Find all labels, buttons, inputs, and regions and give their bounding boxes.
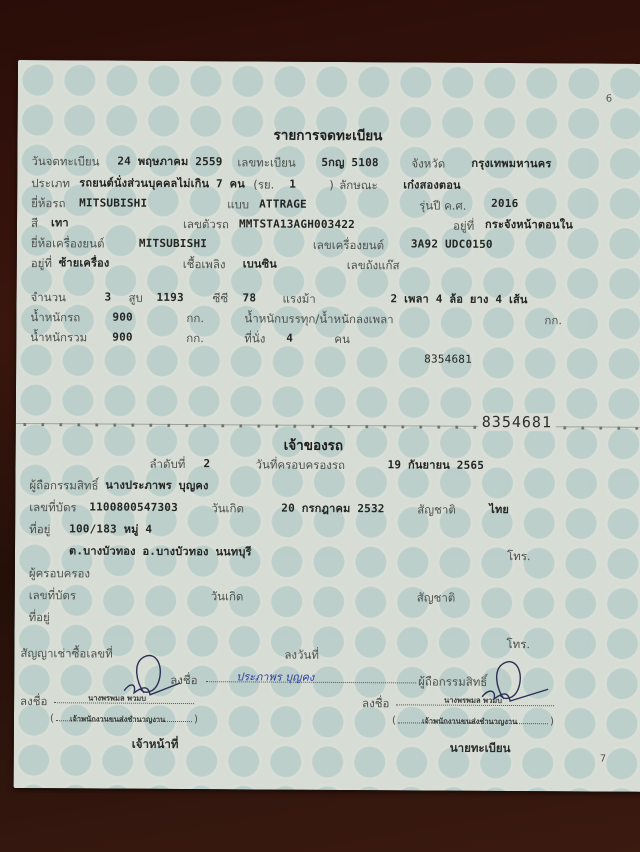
page-title: รายการจดทะเบียน	[273, 124, 382, 147]
weight-value: 900	[112, 311, 133, 325]
style-label: ลักษณะ	[339, 178, 378, 192]
year-label: รุ่นปี ค.ศ.	[419, 198, 466, 212]
owner-dob-value: 20 กรกฎาคม 2532	[281, 502, 384, 517]
brand-value: MITSUBISHI	[79, 196, 147, 210]
registrar-position-open: (	[392, 714, 396, 728]
plate-value: 5กญ 5108	[321, 156, 378, 170]
plate-label: เลขทะเบียน	[237, 155, 296, 169]
load-unit: กก.	[544, 313, 562, 327]
color-label: สี	[31, 216, 38, 230]
registrar-name: นางพรพมล พวมบ	[444, 695, 502, 707]
order-value: 2	[203, 457, 210, 471]
type-value: รถยนต์นั่งส่วนบุคคลไม่เกิน 7 คน	[79, 176, 245, 191]
registration-page: 6 รายการจดทะเบียน วันจดทะเบียน 24 พฤษภาค…	[14, 60, 640, 792]
engine-no-value: 3A92 UDC0150	[411, 237, 493, 251]
possession-date-label: วันที่ครอบครองรถ	[255, 457, 345, 472]
page-number-top: 6	[606, 94, 612, 105]
chassis-location-label: อยู่ที่	[453, 219, 474, 233]
serial-number-small: 8354681	[424, 352, 472, 366]
weight-label: น้ำหนักรถ	[30, 310, 80, 324]
cc-label: ซีซี	[213, 291, 229, 305]
fuel-label: เชื้อเพลิง	[183, 257, 226, 271]
officer-role: เจ้าหน้าที่	[132, 737, 179, 751]
engine-brand-label: ยี่ห้อเครื่องยนต์	[31, 236, 105, 250]
officer-sign-label: ลงชื่อ	[20, 694, 47, 708]
hp-value: 78	[243, 291, 257, 305]
reg-date-label: วันจดทะเบียน	[31, 154, 99, 168]
officer-position: เจ้าพนักงานขนส่งชำนาญงาน	[70, 713, 165, 726]
owner-dob-label: วันเกิด	[211, 501, 244, 515]
owner-nationality-label: สัญชาติ	[417, 502, 456, 516]
cc-value: 1193	[157, 291, 184, 305]
seats-value: 4	[286, 332, 293, 346]
fuel-value: เบนซิน	[243, 257, 277, 271]
possessor-address-label: ที่อยู่	[29, 610, 50, 624]
officer-name: นางพรพมล พวมบ	[88, 692, 146, 704]
owner-nationality-value: ไทย	[489, 503, 509, 517]
cyl-count-label: จำนวน	[31, 290, 66, 304]
chassis-location-value: กระจังหน้าตอนใน	[485, 218, 573, 233]
possessor-nationality-label: สัญชาติ	[417, 590, 456, 604]
registrar-position-close: )	[550, 715, 554, 729]
seats-label: ที่นั่ง	[244, 331, 265, 345]
page-number-bottom: 7	[600, 754, 606, 765]
sign-date-label: ลงวันที่	[284, 648, 319, 662]
engine-no-label: เลขเครื่องยนต์	[313, 238, 384, 252]
ry-value: 1	[289, 178, 296, 192]
possession-date-value: 19 กันยายน 2565	[387, 458, 484, 473]
load-label: น้ำหนักบรรทุก/น้ำหนักลงเพลา	[244, 311, 393, 326]
gas-tank-label: เลขถังแก๊ส	[347, 258, 400, 272]
holder-label: ผู้ถือกรรมสิทธิ์	[29, 478, 98, 492]
serial-number-large: 8354681	[478, 413, 556, 431]
possessor-label: ผู้ครอบครอง	[29, 566, 90, 580]
style-value: เก๋งสองตอน	[403, 178, 461, 192]
ry-label: (รย.	[253, 177, 274, 191]
model-label: แบบ	[227, 197, 249, 211]
registrar-role: นายทะเบียน	[450, 741, 511, 755]
seats-unit: คน	[334, 332, 350, 346]
owner-id-label: เลขที่บัตร	[29, 500, 76, 514]
holder-handwritten-signature: ประภาพร บุญคง	[236, 667, 314, 685]
province-label: จังหวัด	[411, 156, 445, 170]
type-label: ประเภท	[31, 176, 70, 190]
ry-close: )	[329, 178, 334, 192]
cyl-count-value: 3	[105, 291, 112, 305]
weight-unit: กก.	[186, 311, 204, 325]
officer-position-open: (	[50, 712, 54, 726]
owner-section-title: เจ้าของรถ	[284, 434, 344, 456]
holder-value: นางประภาพร บุญคง	[105, 479, 208, 494]
cyl-label: สูบ	[129, 291, 143, 305]
registrar-sign-label: ลงชื่อ	[362, 696, 389, 710]
chassis-value: MMTSTA13AGH003422	[239, 217, 355, 232]
brand-label: ยี่ห้อรถ	[31, 196, 65, 210]
chassis-label: เลขตัวรถ	[183, 217, 229, 231]
order-label: ลำดับที่	[149, 457, 185, 471]
axles-value: 2 เพลา 4 ล้อ ยาง 4 เส้น	[391, 292, 528, 307]
owner-address-line2: ต.บางบัวทอง อ.บางบัวทอง นนทบุรี	[69, 544, 252, 559]
gross-label: น้ำหนักรวม	[30, 330, 87, 344]
registrar-position: เจ้าพนักงานขนส่งชำนาญงาน	[422, 715, 517, 728]
model-value: ATTRAGE	[259, 197, 307, 211]
owner-address-line1: 100/183 หมู่ 4	[69, 522, 152, 537]
province-value: กรุงเทพมหานคร	[471, 157, 551, 171]
reg-date-value: 24 พฤษภาคม 2559	[117, 155, 222, 170]
engine-location-label: อยู่ที่	[31, 256, 52, 270]
gross-unit: กก.	[186, 331, 204, 345]
gross-value: 900	[112, 331, 133, 345]
possessor-id-label: เลขที่บัตร	[29, 588, 76, 602]
hire-purchase-label: สัญญาเช่าซื้อเลขที่	[20, 646, 112, 661]
owner-id-value: 1100800547303	[89, 500, 178, 515]
hp-label: แรงม้า	[283, 292, 316, 306]
possessor-dob-label: วันเกิด	[211, 589, 244, 603]
officer-position-close: )	[194, 713, 198, 727]
possessor-phone-label: โทร.	[506, 637, 530, 651]
color-value: เทา	[51, 216, 69, 230]
year-value: 2016	[491, 197, 518, 211]
owner-phone-label: โทร.	[507, 549, 531, 563]
engine-location-value: ซ้ายเครื่อง	[59, 256, 110, 270]
owner-address-label: ที่อยู่	[29, 522, 50, 536]
engine-brand-value: MITSUBISHI	[139, 237, 207, 251]
